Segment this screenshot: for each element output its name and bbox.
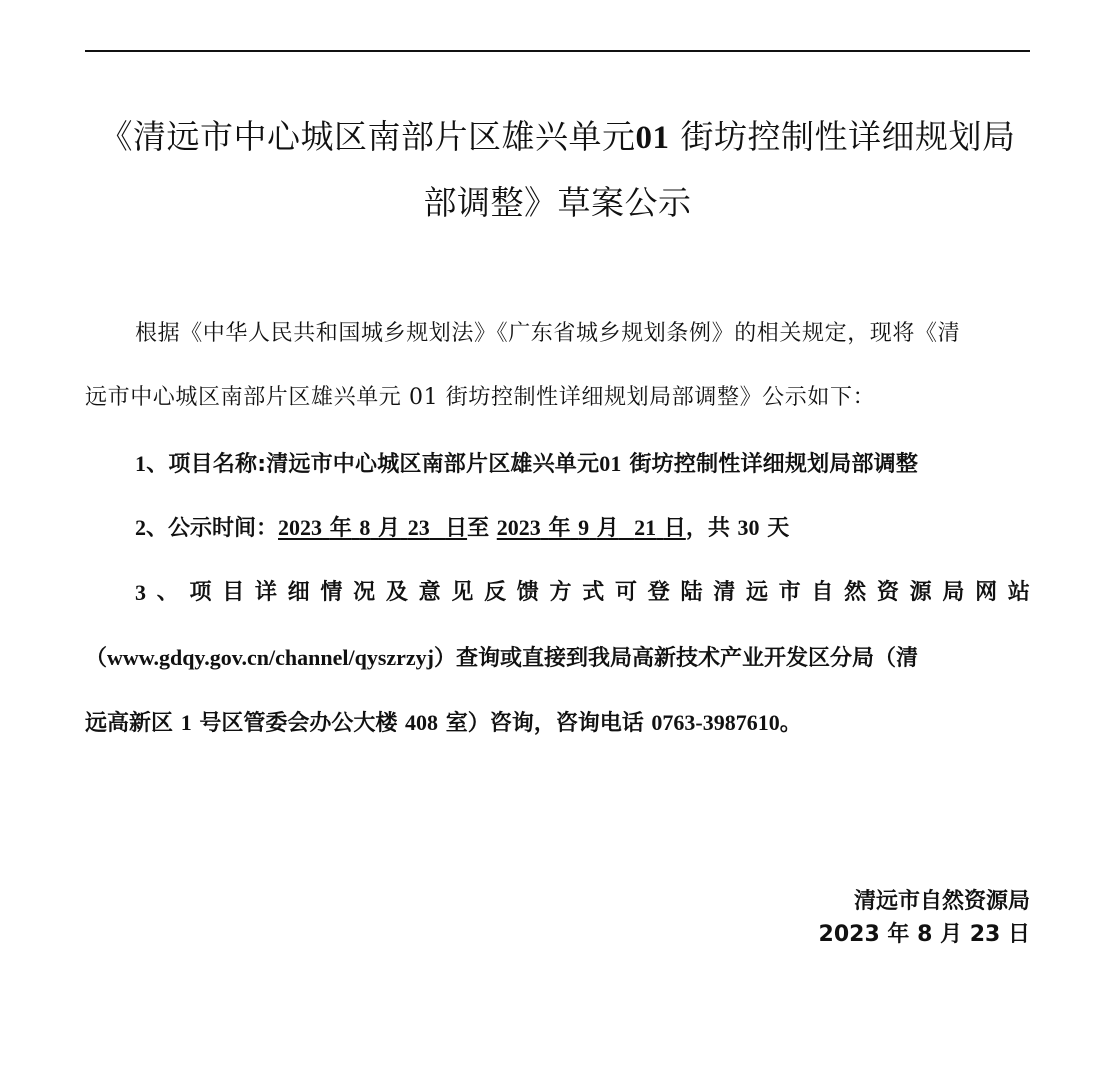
item-number: 1 xyxy=(135,451,146,476)
item-label: 、公示时间： xyxy=(146,516,278,541)
item-label: 、项目名称: xyxy=(146,452,266,477)
item-project-name: 1、项目名称:清远市中心城区南部片区雄兴单元01 街坊控制性详细规划局部调整 xyxy=(85,448,1080,481)
room-number: 408 xyxy=(405,710,438,735)
item-details-line-3: 远高新区 1 号区管委会办公大楼 408 室）咨询，咨询电话 0763-3987… xyxy=(85,707,1030,740)
title-text: 《清远市中心城区南部片区雄兴单元 xyxy=(100,117,636,156)
project-unit-number: 01 xyxy=(599,451,621,476)
date-connector: 至 xyxy=(467,516,489,541)
end-date: 2023 年 9 月 21 日 xyxy=(497,516,686,541)
intro-paragraph-line-2: 远市中心城区南部片区雄兴单元 01 街坊控制性详细规划局部调整》公示如下： xyxy=(85,382,1030,414)
signature-organization: 清远市自然资源局 xyxy=(854,887,1030,917)
item-number: 2 xyxy=(135,515,146,540)
duration-unit: 天 xyxy=(767,516,789,541)
duration-days: 30 xyxy=(738,515,760,540)
title-number: 01 xyxy=(636,120,670,156)
item-publicity-period: 2、公示时间：2023 年 8 月 23 日至 2023 年 9 月 21 日，… xyxy=(85,512,1080,545)
item-details-line-2: （www.gdqy.gov.cn/channel/qyszrzyj）查询或直接到… xyxy=(85,642,1030,675)
duration-prefix: ，共 xyxy=(686,516,730,541)
signature-date: 2023 年 8 月 23 日 xyxy=(819,920,1030,950)
title-text-suffix: 街坊控制性详细规划局 xyxy=(681,117,1016,156)
project-name-suffix: 街坊控制性详细规划局部调整 xyxy=(629,452,918,477)
zone-number: 1 xyxy=(181,710,192,735)
project-name-text: 清远市中心城区南部片区雄兴单元 xyxy=(266,452,599,477)
website-link[interactable]: www.gdqy.gov.cn/channel/qyszrzyj xyxy=(107,645,434,670)
document-title-line-2: 部调整》草案公示 xyxy=(85,183,1030,223)
intro-paragraph-line-1: 根据《中华人民共和国城乡规划法》《广东省城乡规划条例》的相关规定，现将《清 xyxy=(85,318,1080,350)
document-page: 《清远市中心城区南部片区雄兴单元01 街坊控制性详细规划局 部调整》草案公示 根… xyxy=(0,0,1108,1070)
item-details-line-1: 3 、 项 目 详 细 情 况 及 意 见 反 馈 方 式 可 登 陆 清 远 … xyxy=(85,577,1030,609)
start-date: 2023 年 8 月 23 日 xyxy=(278,516,467,541)
document-title-line-1: 《清远市中心城区南部片区雄兴单元01 街坊控制性详细规划局 xyxy=(85,117,1030,158)
header-rule xyxy=(85,50,1030,52)
phone-number: 0763-3987610 xyxy=(651,710,779,735)
